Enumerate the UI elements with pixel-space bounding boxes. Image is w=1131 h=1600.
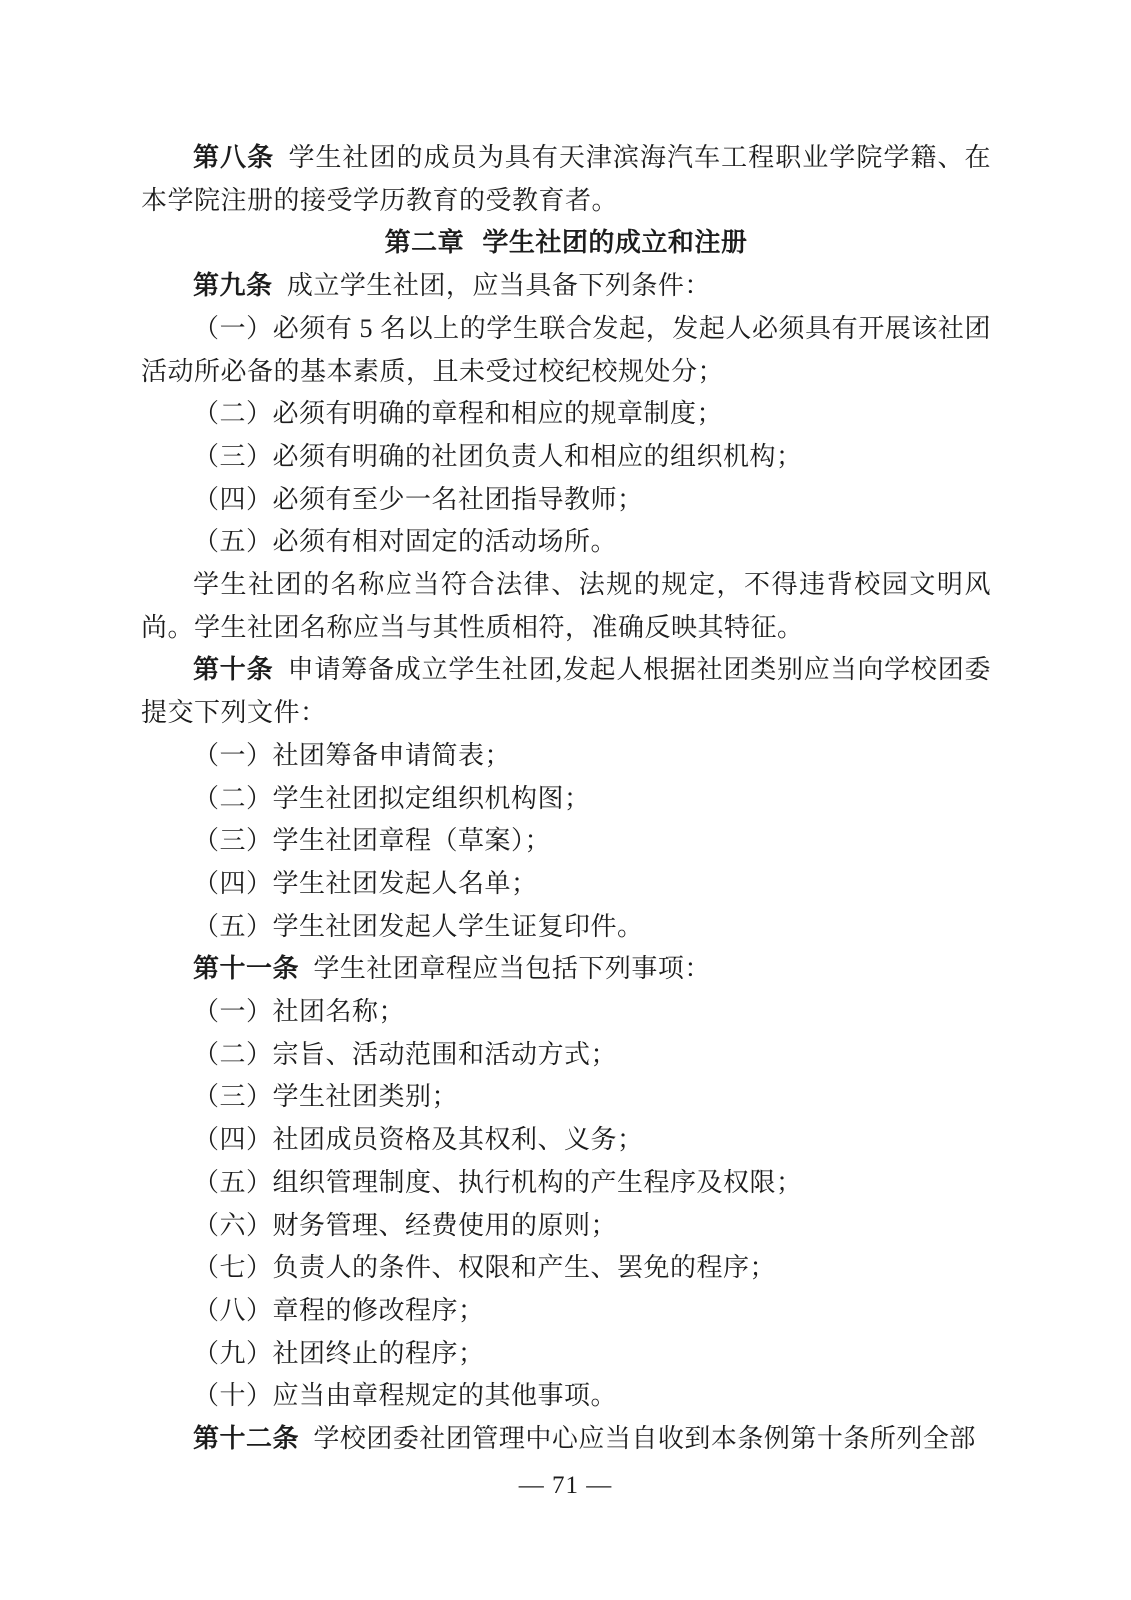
paragraph-text: 学生社团的成立和注册 [482, 228, 747, 257]
body-paragraph: （一）必须有 5 名以上的学生联合发起，发起人必须具有开展该社团活动所必备的基本… [141, 308, 991, 393]
body-paragraph: （一）社团筹备申请简表； [141, 735, 991, 778]
paragraph-text: （二）必须有明确的章程和相应的规章制度； [193, 399, 723, 428]
document-page: 第八条学生社团的成员为具有天津滨海汽车工程职业学院学籍、在本学院注册的接受学历教… [0, 0, 1131, 1600]
paragraph-text: （二）学生社团拟定组织机构图； [193, 784, 591, 813]
paragraph-text: （三）学生社团章程（草案）； [193, 826, 551, 855]
page-footer: — 71 — [0, 1472, 1131, 1500]
article-paragraph: 第九条成立学生社团，应当具备下列条件： [141, 265, 991, 308]
article-number: 第十条 [193, 655, 273, 684]
paragraph-text: （十）应当由章程规定的其他事项。 [193, 1381, 617, 1410]
article-paragraph: 第八条学生社团的成员为具有天津滨海汽车工程职业学院学籍、在本学院注册的接受学历教… [141, 137, 991, 222]
body-paragraph: （二）必须有明确的章程和相应的规章制度； [141, 393, 991, 436]
body-paragraph: （十）应当由章程规定的其他事项。 [141, 1375, 991, 1418]
paragraph-text: （五）必须有相对固定的活动场所。 [193, 527, 617, 556]
body-paragraph: （三）学生社团章程（草案）； [141, 820, 991, 863]
article-number: 第八条 [193, 143, 274, 172]
body-paragraph: （四）社团成员资格及其权利、义务； [141, 1119, 991, 1162]
paragraph-text: （一）社团筹备申请简表； [193, 741, 511, 770]
paragraph-text: （四）必须有至少一名社团指导教师； [193, 485, 644, 514]
paragraph-text: （八）章程的修改程序； [193, 1296, 485, 1325]
body-paragraph: （九）社团终止的程序； [141, 1333, 991, 1376]
paragraph-text: （三）必须有明确的社团负责人和相应的组织机构； [193, 442, 803, 471]
body-paragraph: （三）必须有明确的社团负责人和相应的组织机构； [141, 436, 991, 479]
article-number: 第十二条 [193, 1424, 299, 1453]
body-paragraph: （五）学生社团发起人学生证复印件。 [141, 906, 991, 949]
paragraph-text: 学生社团的名称应当符合法律、法规的规定，不得违背校园文明风尚。学生社团名称应当与… [141, 570, 991, 642]
body-paragraph: （一）社团名称； [141, 991, 991, 1034]
paragraph-text: （二）宗旨、活动范围和活动方式； [193, 1040, 617, 1069]
article-number: 第十一条 [193, 954, 299, 983]
paragraph-text: 学校团委社团管理中心应当自收到本条例第十条所列全部 [313, 1424, 976, 1453]
paragraph-text: （四）社团成员资格及其权利、义务； [193, 1125, 644, 1154]
body-paragraph: （二）宗旨、活动范围和活动方式； [141, 1034, 991, 1077]
paragraph-text: （五）学生社团发起人学生证复印件。 [193, 912, 644, 941]
body-paragraph: 学生社团的名称应当符合法律、法规的规定，不得违背校园文明风尚。学生社团名称应当与… [141, 564, 991, 649]
body-paragraph: （五）组织管理制度、执行机构的产生程序及权限； [141, 1162, 991, 1205]
paragraph-text: （一）必须有 5 名以上的学生联合发起，发起人必须具有开展该社团活动所必备的基本… [141, 314, 991, 386]
body-paragraph: （三）学生社团类别； [141, 1076, 991, 1119]
paragraph-text: （六）财务管理、经费使用的原则； [193, 1211, 617, 1240]
paragraph-text: （五）组织管理制度、执行机构的产生程序及权限； [193, 1168, 803, 1197]
chapter-number: 第二章 [385, 228, 465, 257]
body-paragraph: （八）章程的修改程序； [141, 1290, 991, 1333]
chapter-heading: 第二章学生社团的成立和注册 [141, 222, 991, 265]
paragraph-text: 学生社团章程应当包括下列事项： [313, 954, 711, 983]
body-paragraph: （四）学生社团发起人名单； [141, 863, 991, 906]
article-paragraph: 第十二条学校团委社团管理中心应当自收到本条例第十条所列全部 [141, 1418, 991, 1461]
body-paragraph: （六）财务管理、经费使用的原则； [141, 1205, 991, 1248]
page-number: — 71 — [519, 1472, 613, 1499]
paragraph-text: （三）学生社团类别； [193, 1082, 458, 1111]
paragraph-text: （一）社团名称； [193, 997, 405, 1026]
body-paragraph: （二）学生社团拟定组织机构图； [141, 778, 991, 821]
document-body: 第八条学生社团的成员为具有天津滨海汽车工程职业学院学籍、在本学院注册的接受学历教… [141, 137, 991, 1461]
paragraph-text: （四）学生社团发起人名单； [193, 869, 538, 898]
body-paragraph: （五）必须有相对固定的活动场所。 [141, 521, 991, 564]
body-paragraph: （四）必须有至少一名社团指导教师； [141, 479, 991, 522]
paragraph-text: （七）负责人的条件、权限和产生、罢免的程序； [193, 1253, 776, 1282]
article-paragraph: 第十一条学生社团章程应当包括下列事项： [141, 948, 991, 991]
article-number: 第九条 [193, 271, 273, 300]
paragraph-text: 成立学生社团，应当具备下列条件： [287, 271, 711, 300]
paragraph-text: （九）社团终止的程序； [193, 1339, 485, 1368]
article-paragraph: 第十条申请筹备成立学生社团,发起人根据社团类别应当向学校团委提交下列文件： [141, 649, 991, 734]
body-paragraph: （七）负责人的条件、权限和产生、罢免的程序； [141, 1247, 991, 1290]
